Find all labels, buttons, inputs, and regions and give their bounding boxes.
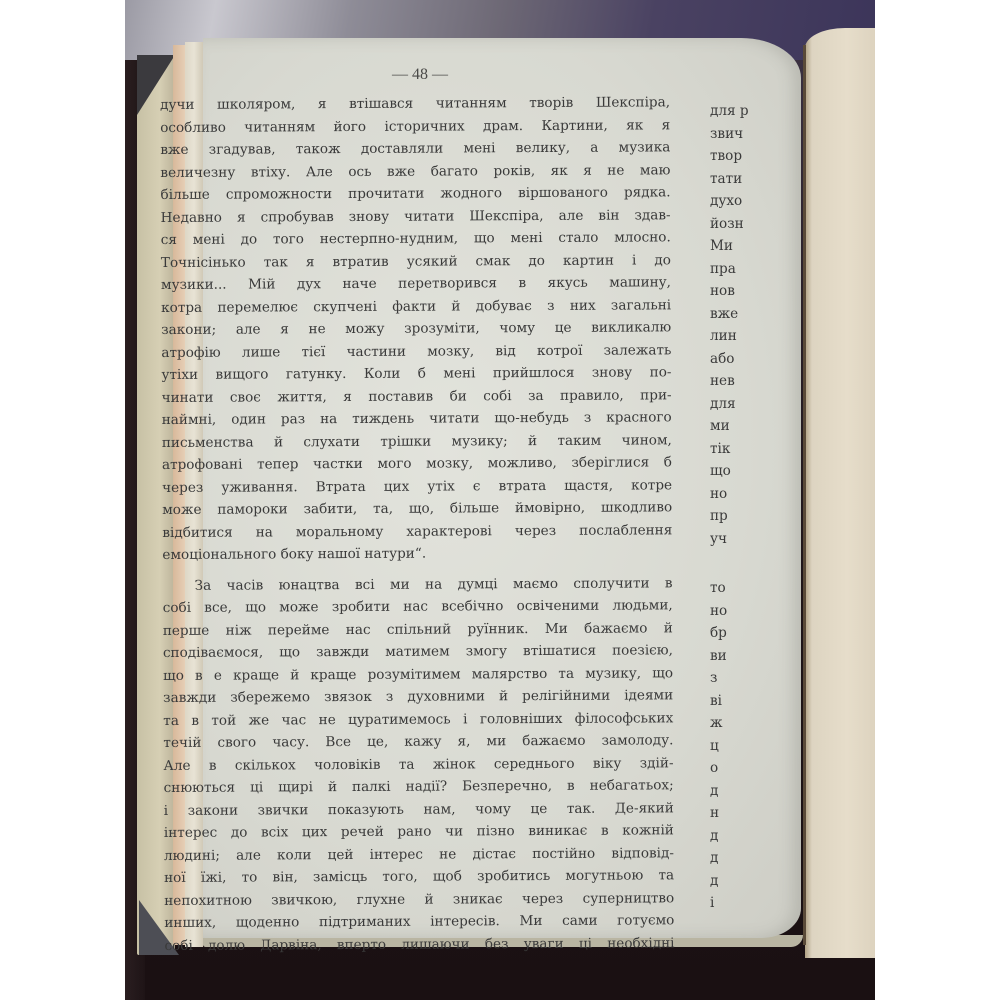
text-line: котра перемелює скупчені факти й добуває… xyxy=(161,294,671,319)
fragment: ві xyxy=(710,690,750,713)
text-line: снюються ці щирі й палкі надії? Безпереч… xyxy=(164,774,674,799)
fragment: вже xyxy=(710,303,750,326)
text-line: та в той же час не цуратимемось і головн… xyxy=(163,707,673,732)
facing-page-text: для р звич твор тати духо йозн Ми пра но… xyxy=(710,100,750,915)
right-page xyxy=(805,28,875,958)
text-line: Недавно я спробував знову читати Шекспір… xyxy=(161,204,671,229)
text-line: величезну втіху. Але ось вже багато рокі… xyxy=(160,159,670,184)
fragment: нов xyxy=(710,280,750,303)
text-line: Точнісінько так я втратив усякий смак до… xyxy=(161,249,671,274)
fragment: д xyxy=(710,847,750,870)
fragment: то xyxy=(710,577,750,600)
fragment: н xyxy=(710,802,750,825)
fragment: і xyxy=(710,892,750,915)
text-line: емоціонального боку нашої натури“. xyxy=(162,541,672,566)
text-line: завжди збережемо звязок з духовними й ре… xyxy=(163,684,673,709)
fragment: або xyxy=(710,348,750,371)
text-line: ся мені до того нестерпно-нудним, що мен… xyxy=(161,226,671,251)
fragment: звич xyxy=(710,123,750,146)
fragment: о xyxy=(710,757,750,780)
text-line: непохитною звичкою, глухне й зникає чере… xyxy=(164,887,674,912)
text-line: письменства й слухати трішки музику; й т… xyxy=(162,429,672,454)
fragment: йозн xyxy=(710,213,750,236)
text-line: ної їжі, то він, замісць того, щоб зроби… xyxy=(164,864,674,889)
text-line: особливо читанням його історичних драм. … xyxy=(160,114,670,139)
fragment: д xyxy=(710,825,750,848)
fragment: ви xyxy=(710,645,750,668)
text-line: людині; але коли цей інтерес не дістає п… xyxy=(164,842,674,867)
fragment: ц xyxy=(710,735,750,758)
text-line: Але в скількох чоловіків та жінок середн… xyxy=(163,752,673,777)
text-line: атрофовані тепер частки мого мозку, можл… xyxy=(162,451,672,476)
text-line: вже згадував, також доставляли мені вели… xyxy=(160,136,670,161)
page-number: — 48 — xyxy=(350,66,490,84)
fragment: но xyxy=(710,600,750,623)
text-line: що в е краще й краще розумітимем малярст… xyxy=(163,662,673,687)
fragment: для р xyxy=(710,100,750,123)
paragraph-2: За часів юнацтва всі ми на думці маємо с… xyxy=(163,572,675,957)
text-line: За часів юнацтва всі ми на думці маємо с… xyxy=(163,572,673,597)
text-line: сподіваємося, що завжди матимем змогу вт… xyxy=(163,639,673,664)
fragment: твор xyxy=(710,145,750,168)
fragment: ми xyxy=(710,415,750,438)
fragment: но xyxy=(710,483,750,506)
text-line: відбитися на моральному характерові чере… xyxy=(162,519,672,544)
text-line: течій свого часу. Все це, кажу я, ми баж… xyxy=(163,729,673,754)
fragment: тік xyxy=(710,438,750,461)
fragment: уч xyxy=(710,528,750,551)
text-line: атрофію лише тієї частини мозку, від кот… xyxy=(161,339,671,364)
fragment: що xyxy=(710,460,750,483)
fragment: лин xyxy=(710,325,750,348)
text-line: може памороки забити, та, що, більше ймо… xyxy=(162,496,672,521)
fragment: д xyxy=(710,870,750,893)
text-line: дучи школяром, я втішався читанням творі… xyxy=(160,91,670,116)
text-line: інтерес до всіх цих речей рано чи пізно … xyxy=(164,819,674,844)
fragment: д xyxy=(710,780,750,803)
page-text: дучи школяром, я втішався читанням творі… xyxy=(160,91,675,957)
fragment: тати xyxy=(710,168,750,191)
text-line: утіхи вищого гатунку. Коли б мені прийшл… xyxy=(161,361,671,386)
fragment: Ми xyxy=(710,235,750,258)
text-line: собі все, що може зробити нас всебічно о… xyxy=(163,594,673,619)
paragraph-1: дучи школяром, я втішався читанням творі… xyxy=(160,91,672,566)
text-line: наймні, один раз на тиждень читати що-не… xyxy=(162,406,672,431)
fragment: пра xyxy=(710,258,750,281)
fragment: бр xyxy=(710,622,750,645)
fragment: ж xyxy=(710,712,750,735)
fragment: для xyxy=(710,393,750,416)
fragment: з xyxy=(710,667,750,690)
text-line: більше спроможности прочитати жодного ві… xyxy=(160,181,670,206)
book-gutter xyxy=(803,45,806,945)
fragment: духо xyxy=(710,190,750,213)
fragment: пр xyxy=(710,505,750,528)
fragment: нев xyxy=(710,370,750,393)
text-line: і закони звички показують нам, чому це т… xyxy=(164,797,674,822)
text-line: через уживання. Втрата цих утіх є втрата… xyxy=(162,474,672,499)
text-line: музики... Мій дух наче перетворився в як… xyxy=(161,271,671,296)
text-line: перше ніж перейме нас спільний руїнник. … xyxy=(163,617,673,642)
text-line: чинати своє життя, я поставив би собі за… xyxy=(162,384,672,409)
text-line: инших, щоденно підтриманих інтересів. Ми… xyxy=(164,909,674,934)
text-line: собі долю Дарвіна, вперто лишаючи без ув… xyxy=(164,932,674,957)
text-line: закони; але я не можу зрозуміти, чому це… xyxy=(161,316,671,341)
